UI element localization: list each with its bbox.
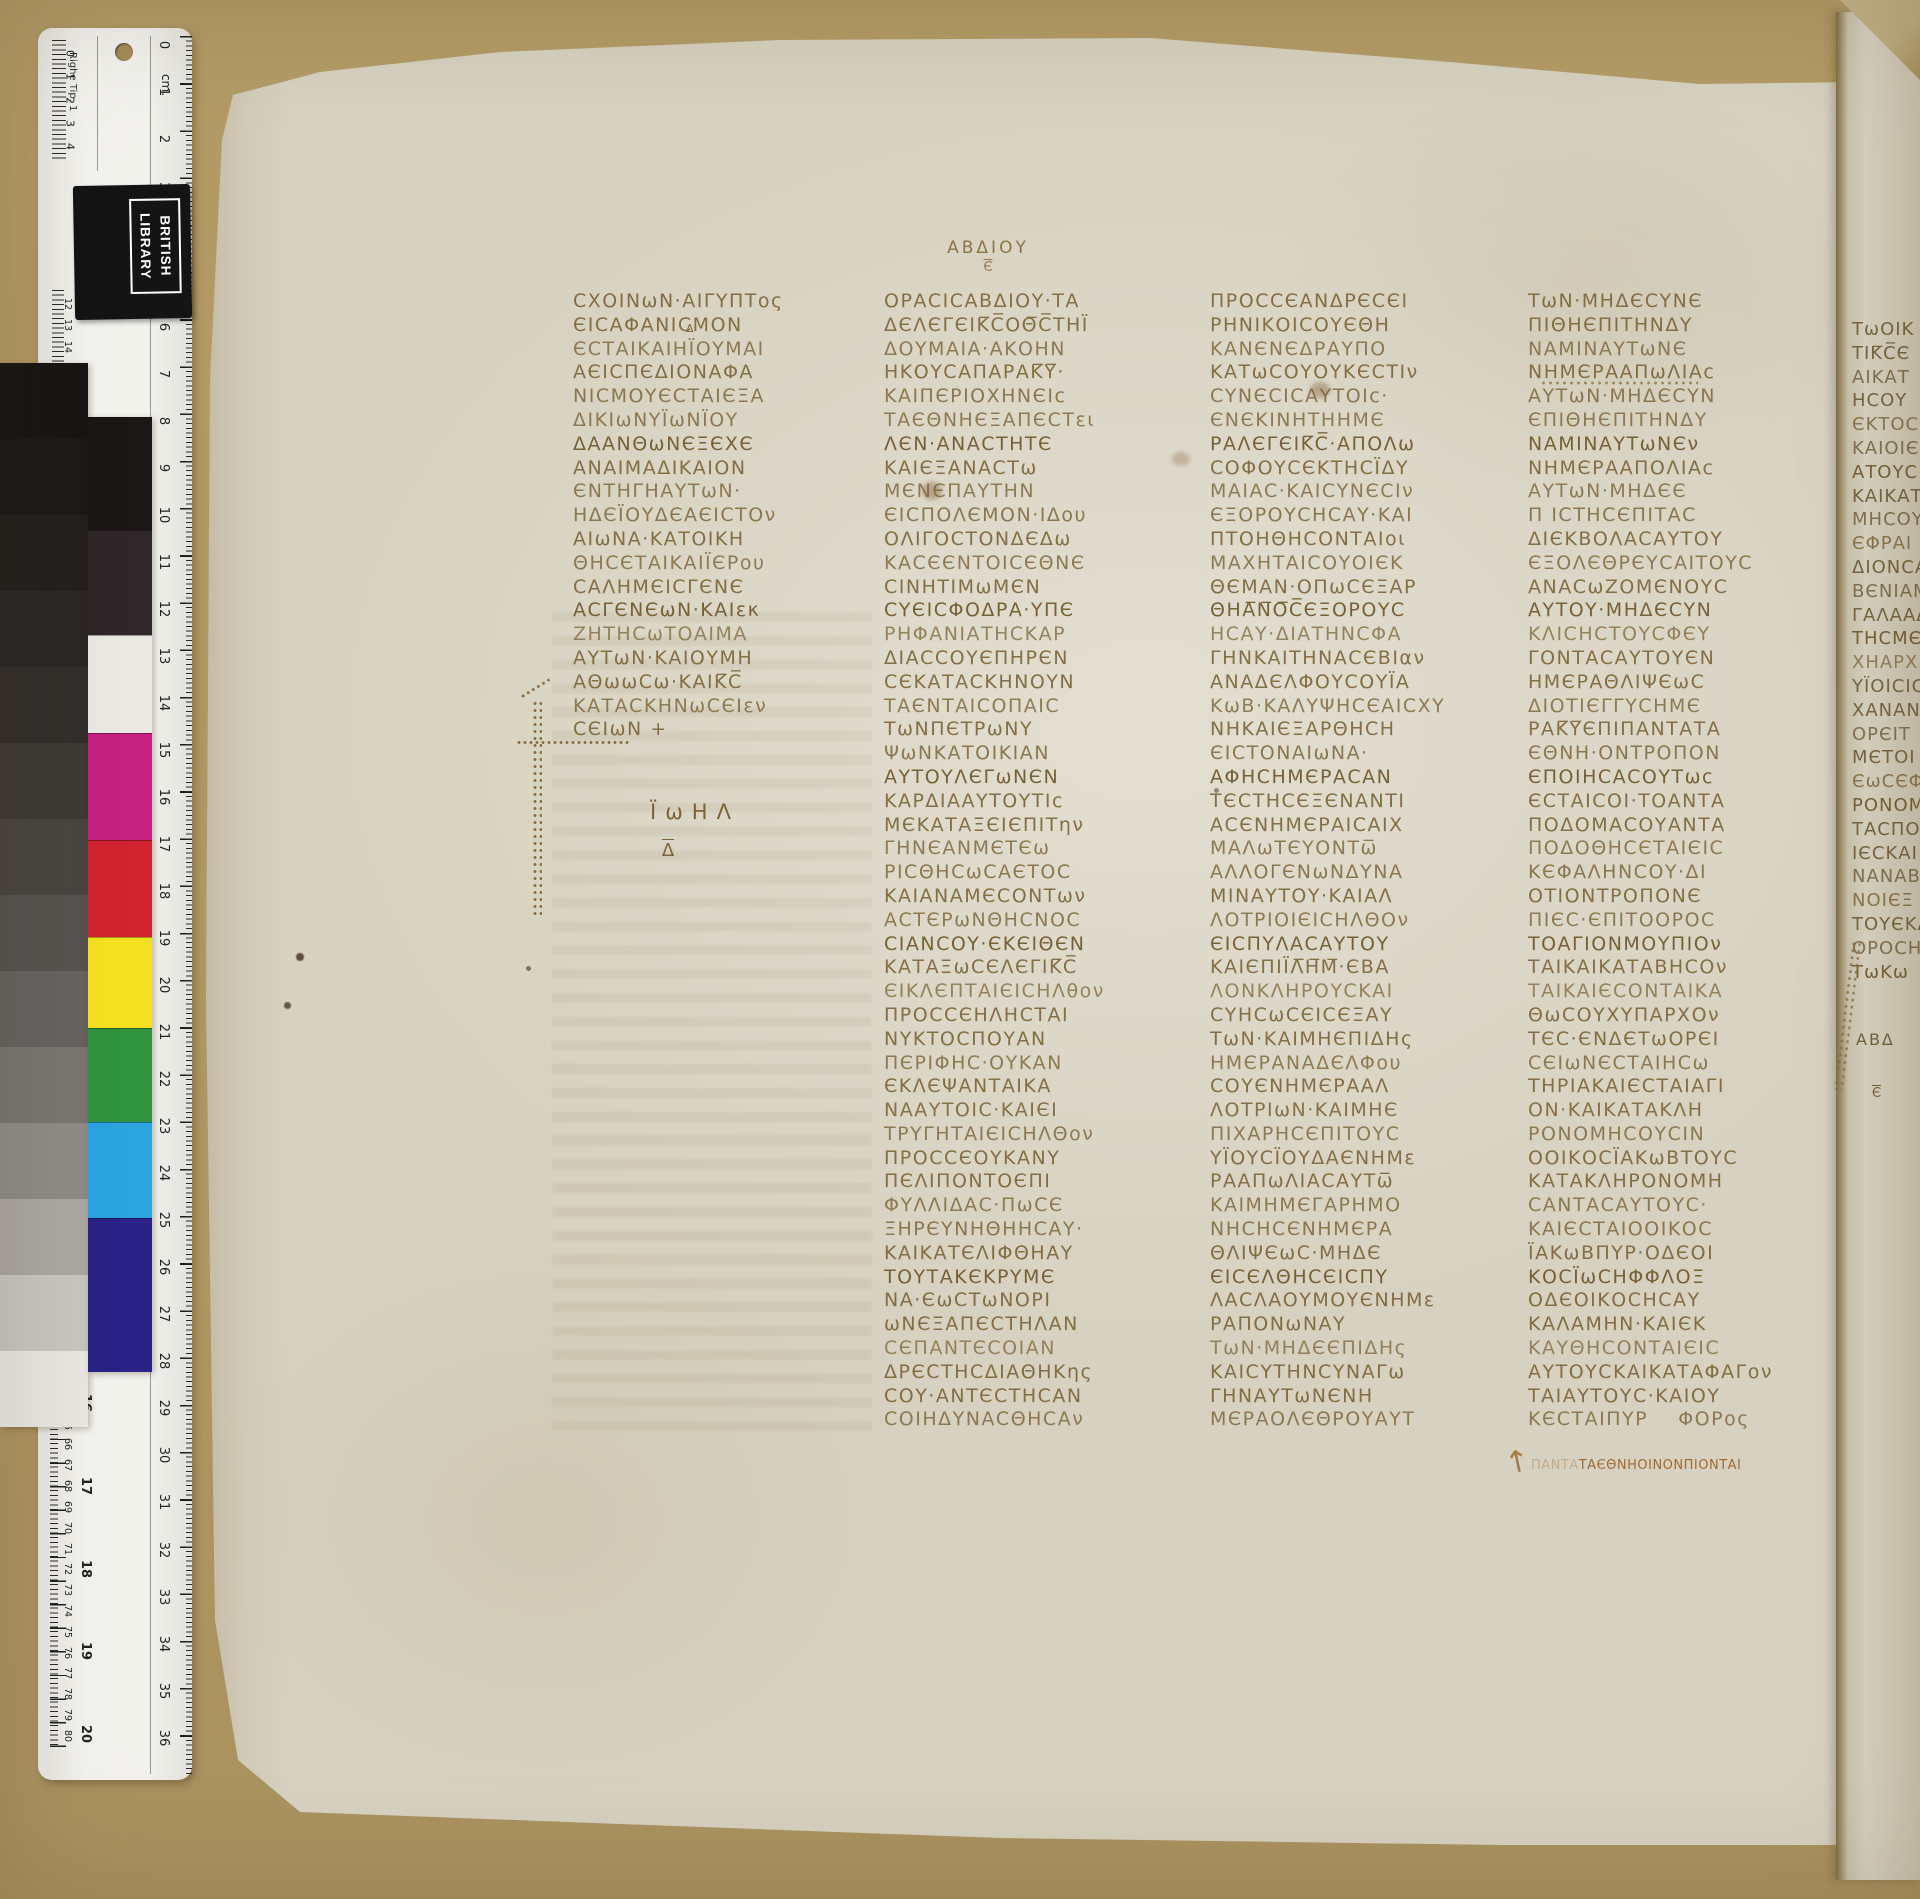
bottom-large-number-scale: 1617181920 (76, 1396, 94, 1741)
ruler-number: 78 (62, 1688, 72, 1702)
text-line: ΤΟΑΓΙΟΝΜΟΥΠΙΟν (1528, 933, 1830, 957)
text-line: ΤΗΡΙΑΚΑΙЄCΤΑΙΑΓΙ (1528, 1075, 1830, 1099)
ruler-number: 32 (156, 1537, 170, 1563)
text-line: ЄΝЄΚΙΝΗΤΗΗΜЄ (1210, 409, 1512, 433)
text-line: ΚΑΤΑΚΛΗΡΟΝΟΜΗ (1528, 1170, 1830, 1194)
grayscale-step (0, 743, 88, 819)
manuscript-photo: ΑΒΔΙΟΥ Є CΧΟΙΝωΝ·ΑΙΓΥΠΤοςЄΙCΑΦΑΝΙCΜΟΝЄCΤ… (0, 0, 1920, 1899)
text-line: ЄΞΟΡΟΥCΗCΑΥ·ΚΑΙ (1210, 504, 1512, 528)
grayscale-step (0, 515, 88, 591)
ruler-number: 17 (78, 1477, 92, 1495)
text-line: ΚЄΦΑΛΗΝCΟΥ·ΔΙ (1528, 861, 1830, 885)
subscription-joel: ΪωΗΛ (620, 800, 770, 824)
edge-subscription-obadiah: ΑΒΔ (1856, 1030, 1895, 1049)
text-line: ΑΛΛΟΓЄΝωΝΔΥΝΑ (1210, 861, 1512, 885)
text-line: ΡΑΠΟΝωΝΑΥ (1210, 1313, 1512, 1337)
text-line: ΝΑΜΙΝΑΥΤωΝЄ (1528, 338, 1830, 362)
ruler-number: 1 (156, 79, 170, 105)
text-line: ΦΥΛΛΙΔΑC·ΠωCЄ (884, 1194, 1186, 1218)
text-line: ΟΡΑCΙCΑΒΔΙΟΥ·ΤΑ (884, 290, 1186, 314)
ruler-number: 18 (156, 878, 170, 904)
text-line: ΤΑCΠΟΛ (1852, 818, 1920, 842)
color-patch (88, 937, 152, 1028)
subscription-book-number: Δ (648, 840, 688, 861)
text-line: ΡΗΦΑΝΙΑΤΗCΚΑΡ (884, 623, 1186, 647)
coronis-decoration (532, 700, 542, 918)
color-patch (88, 733, 152, 840)
ruler-number: 24 (156, 1160, 170, 1186)
text-line: ΓΗΝΑΥΤωΝЄΝΗ (1210, 1385, 1512, 1409)
text-line: ΘωCΟΥΧΥΠΑΡΧΟν (1528, 1004, 1830, 1028)
text-line: ΜЄΚΑΤΑΞЄΙЄΠΙΤην (884, 814, 1186, 838)
text-line: ΠΡΟCCЄΑΝΔΡЄCЄΙ (1210, 290, 1512, 314)
ruler-number: 71 (62, 1543, 72, 1557)
text-line: CΟΥ·ΑΝΤЄCΤΗCΑΝ (884, 1385, 1186, 1409)
ruler-number: 30 (156, 1442, 170, 1468)
text-line: ΧΗΑΡΧ (1852, 651, 1920, 675)
parchment-stain (922, 482, 942, 500)
text-line: ΚΑΝЄΝЄΔΡΑΥΠΟ (1210, 338, 1512, 362)
text-line: ΜΑΙΑC·ΚΑΙCΥΝЄCΙν (1210, 480, 1512, 504)
text-line: ΟΡЄΙΤ (1852, 723, 1920, 747)
text-line: ΝΑΜΙΝΑΥΤωΝЄν (1528, 433, 1830, 457)
text-line: ЄΙCΑΦΑΝΙCΜΟΝ (573, 314, 875, 338)
text-line: ΔΙΚΙωΝΥΪωΝΪΟΥ (573, 409, 875, 433)
text-line: ΔΡЄCΤΗCΔΙΑΘΗΚης (884, 1361, 1186, 1385)
text-line: ΝΗΜЄΡΑΑΠΟΛΙΑϲ (1528, 457, 1830, 481)
text-line: CЄΠΑΝΤЄCΟΙΑΝ (884, 1337, 1186, 1361)
ruler-number: 28 (156, 1348, 170, 1374)
text-line: ΤЄCΤΗCЄΞЄΝΑΝΤΙ (1210, 790, 1512, 814)
running-header-number: Є (970, 260, 1006, 275)
text-line: ΗΜЄΡΑΘΛΙΨЄωC (1528, 671, 1830, 695)
ruler-number: 25 (156, 1207, 170, 1233)
text-line: CΑΝΤΑCΑΥΤΟΥC· (1528, 1194, 1830, 1218)
text-line: ΗΚΟΥCΑΠΑΡΑΚ̅Υ̅· (884, 361, 1186, 385)
text-line: ΛЄΝ·ΑΝΑCΤΗΤЄ (884, 433, 1186, 457)
ruler-number: 11 (156, 549, 170, 575)
text-line: ΚωΒ·ΚΑΛΥΨΗCЄΑΙCΧΥ (1210, 695, 1512, 719)
text-line: ΠΟΔΟΘΗCЄΤΑΙЄΙC (1528, 837, 1830, 861)
ruler-number: 14 (62, 341, 72, 355)
grayscale-step (0, 591, 88, 667)
grayscale-step (0, 1275, 88, 1351)
ruler-number: 72 (62, 1563, 72, 1577)
text-line: ωΝЄΞΑΠЄCΤΗΛΑΝ (884, 1313, 1186, 1337)
ruler-number: 15 (156, 737, 170, 763)
text-line: ΗΜЄΡΑΝΑΔЄΛΦου (1210, 1052, 1512, 1076)
ruler-number: 68 (62, 1480, 72, 1494)
ruler-number: 26 (156, 1254, 170, 1280)
text-line: ΔΙЄΚΒΟΛΑCΑΥΤΟΥ (1528, 528, 1830, 552)
tag-line-2: LIBRARY (135, 201, 156, 292)
grayscale-step (0, 667, 88, 743)
ruler-number: 19 (78, 1642, 92, 1660)
text-line: ΟΝ·ΚΑΙΚΑΤΑΚΛΗ (1528, 1099, 1830, 1123)
text-line: ΤΟΥΤΑΚЄΚΡΥΜЄ (884, 1266, 1186, 1290)
corrector-note-text: ΠΑΝΤΑΤΑЄΘΝΗΟΙΝΟΝΠΙΟΝΤΑΙ (1531, 1458, 1781, 1473)
text-line: ΑΝΑΙΜΑΔΙΚΑΙΟΝ (573, 457, 875, 481)
text-line: ΟΛΙΓΟCΤΟΝΔЄΔω (884, 528, 1186, 552)
text-line: ΝΟΙЄΞ (1852, 889, 1920, 913)
ruler-number: 74 (62, 1605, 72, 1619)
text-line: ΝΑ·ЄωCΤωΝΟΡΙ (884, 1289, 1186, 1313)
ruler-number: 3 (65, 115, 76, 131)
text-line: ΤωΚω (1852, 961, 1920, 985)
text-line: ΥΪΟΙCΙC (1852, 675, 1920, 699)
text-line: CΥΗCωCЄΙCЄΞΑΥ (1210, 1004, 1512, 1028)
ruler-number: 0 (65, 46, 76, 62)
color-patch (88, 635, 152, 733)
text-line: ΚΑΛΑΜΗΝ·ΚΑΙЄΚ (1528, 1313, 1830, 1337)
text-line: ΤΡΥΓΗΤΑΙЄΙCΗΛΘον (884, 1123, 1186, 1147)
text-line: ΝΗCΗCЄΝΗΜЄΡΑ (1210, 1218, 1512, 1242)
ruler-number: 76 (62, 1647, 72, 1661)
text-line: ΠЄΛΙΠΟΝΤΟЄΠΙ (884, 1170, 1186, 1194)
bottom-small-number-scale: 636465666768697071727374757677787980 (60, 1378, 74, 1742)
text-line: ΤΑΙΚΑΙЄCΟΝΤΑΙΚΑ (1528, 980, 1830, 1004)
ruler-number: 16 (156, 784, 170, 810)
text-line: ΑΙωΝΑ·ΚΑΤΟΙΚΗ (573, 528, 875, 552)
text-line: ΟΔЄΟΙΚΟCΗCΑΥ (1528, 1289, 1830, 1313)
text-line: ΠΤΟΗΘΗCΟΝΤΑΙοι (1210, 528, 1512, 552)
text-line: ΓΗΝЄΑΝΜЄΤЄω (884, 837, 1186, 861)
text-line: ΜΑΛωΤЄΥΟΝΤω̅ (1210, 837, 1512, 861)
text-line: ΟΡΟCΗ (1852, 937, 1920, 961)
text-line: ΤΑΙΚΑΙΚΑΤΑΒΗCΟν (1528, 956, 1830, 980)
text-line: ΔΙΟΤΙЄΓΓΥCΗΜЄ (1528, 695, 1830, 719)
ruler-number: 13 (62, 319, 72, 333)
text-line: CЄΙωΝЄCΤΑΙΗCω (1528, 1052, 1830, 1076)
coronis-tick (519, 677, 550, 699)
grayscale-step (0, 363, 88, 439)
text-line: CΑΛΗΜЄΙCΓЄΝЄ (573, 576, 875, 600)
text-line: ΚΑΙЄΞΑΝΑCΤω (884, 457, 1186, 481)
text-line: ΞΗΡЄΥΝΗΘΗΗCΑΥ· (884, 1218, 1186, 1242)
text-column-2: ΟΡΑCΙCΑΒΔΙΟΥ·ΤΑΔЄΛЄΓЄΙΚ̅C̅ΟΘ̅C̅ΤΗΪΔΟΥΜΑΙ… (884, 290, 1186, 1432)
text-line: ΡΗΝΙΚΟΙCΟΥЄΘΗ (1210, 314, 1512, 338)
text-line: CΟΦΟΥCЄΚΤΗCΪΔΥ (1210, 457, 1512, 481)
text-line: ΑΙΚΑΤ (1852, 366, 1920, 390)
text-line: ΥΪΟΥCΪΟΥΔΑЄΝΗΜε (1210, 1147, 1512, 1171)
ruler-number: 35 (156, 1678, 170, 1704)
text-line: ΤωΟΙΚ (1852, 318, 1920, 342)
text-line: ΘΛΙΨЄωC·ΜΗΔЄ (1210, 1242, 1512, 1266)
text-line: ΤωΝ·ΚΑΙΜΗЄΠΙΔΗς (1210, 1028, 1512, 1052)
text-line: ΛΟΤΡΙωΝ·ΚΑΙΜΗЄ (1210, 1099, 1512, 1123)
text-line: ΨωΝΚΑΤΟΙΚΙΑΝ (884, 742, 1186, 766)
text-column-1: CΧΟΙΝωΝ·ΑΙΓΥΠΤοςЄΙCΑΦΑΝΙCΜΟΝЄCΤΑΙΚΑΙΗΪΟΥ… (573, 290, 875, 742)
ruler-number: 36 (156, 1725, 170, 1751)
ruler-number: 9 (156, 455, 170, 481)
text-line: ЄΠΙΘΗЄΠΙΤΗΝΔΥ (1528, 409, 1830, 433)
british-library-tag: BRITISH LIBRARY (73, 184, 192, 320)
grayscale-step (0, 1047, 88, 1123)
text-line: ЄΚΛЄΨΑΝΤΑΙΚΑ (884, 1075, 1186, 1099)
color-patch (88, 840, 152, 937)
text-line: ΓΑΛΑΑΔ (1852, 604, 1920, 628)
text-line: ΓΟΝΤΑCΑΥΤΟΥЄΝ (1528, 647, 1830, 671)
text-line: ЄωCЄΦ (1852, 770, 1920, 794)
text-line: ΡΙCΘΗCωCΑЄΤΟC (884, 861, 1186, 885)
text-line: ΘЄΜΑΝ·ΟΠωCЄΞΑΡ (1210, 576, 1512, 600)
text-line: ΡΑΑΠωΛΙΑCΑΥΤω̅ (1210, 1170, 1512, 1194)
text-line: ΡΟΝΟΜΗCΟΥCΙΝ (1528, 1123, 1830, 1147)
grayscale-step (0, 439, 88, 515)
text-line: ΑCΓЄΝЄωΝ·ΚΑΙεκ (573, 599, 875, 623)
text-line: ЄΦΡΑΙ (1852, 532, 1920, 556)
manuscript-page: ΑΒΔΙΟΥ Є CΧΟΙΝωΝ·ΑΙΓΥΠΤοςЄΙCΑΦΑΝΙCΜΟΝЄCΤ… (200, 0, 1920, 1899)
grayscale-step (0, 1351, 88, 1427)
text-line: CЄΚΑΤΑCΚΗΝΟΥΝ (884, 671, 1186, 695)
dark-speck (526, 966, 531, 971)
ruler-number: 17 (156, 831, 170, 857)
text-line: ΑΥΤΟΥ·ΜΗΔЄCΥΝ (1528, 599, 1830, 623)
text-line: ΠЄΡΙΦΗC·ΟΥΚΑΝ (884, 1052, 1186, 1076)
ruler-number: 7 (156, 361, 170, 387)
text-line: ΚΑΤΑΞωCЄΛЄΓΙΚ̅C̅ (884, 956, 1186, 980)
text-line: ΙЄCΚΑΙ (1852, 842, 1920, 866)
text-line: ΜΑΧΗΤΑΙCΟΥΟΙЄΚ (1210, 552, 1512, 576)
corrector-superscript: Δ (686, 322, 694, 335)
text-line: ΚΑΡΔΙΑΑΥΤΟΥΤΙϲ (884, 790, 1186, 814)
text-line: ЄΘΝΗ·ΟΝΤΡΟΠΟΝ (1528, 742, 1830, 766)
text-line: ΑΥΤωΝ·ΜΗΔЄCΥΝ (1528, 385, 1830, 409)
text-line: ΑΝΑCωΖΟΜЄΝΟΥC (1528, 576, 1830, 600)
text-line: ΚΑΥΘΗCΟΝΤΑΙЄΙC (1528, 1337, 1830, 1361)
text-line: ΘΗCЄΤΑΙΚΑΙΪЄΡου (573, 552, 875, 576)
text-line: CЄΙωΝ + (573, 718, 875, 742)
text-line: ΚΑΙΜΗΜЄΓΑΡΗΜΟ (1210, 1194, 1512, 1218)
text-line: ΧΑΝΑΝ (1852, 699, 1920, 723)
text-line: ΑΥΤωΝ·ΚΑΙΟΥΜΗ (573, 647, 875, 671)
text-line: ΑЄΙCΠЄΔΙΟΝΑΦΑ (573, 361, 875, 385)
text-line: ЄΠΟΙΗCΑCΟΥΤωϲ (1528, 766, 1830, 790)
text-line: ΑCЄΝΗΜЄΡΑΙCΑΙΧ (1210, 814, 1512, 838)
british-library-tag-label: BRITISH LIBRARY (129, 198, 182, 294)
parchment-stain (1172, 452, 1190, 466)
text-line: ΔΟΥΜΑΙΑ·ΑΚΟΗΝ (884, 338, 1186, 362)
text-line: ΗΔЄΪΟΥΔЄΑЄΙCΤΟν (573, 504, 875, 528)
ruler-number: 1 (65, 69, 76, 85)
ruler-number: 23 (156, 1113, 170, 1139)
ruler-number: 80 (62, 1730, 72, 1744)
insertion-arrow-icon: ↑ (1502, 1443, 1534, 1482)
text-line: ΚΑΙΟΙЄ (1852, 437, 1920, 461)
color-patch (88, 1028, 152, 1122)
text-line: ЄCΤΑΙCΟΙ·ΤΟΑΝΤΑ (1528, 790, 1830, 814)
text-line: ΤΗCΜЄ (1852, 627, 1920, 651)
color-patch (88, 417, 152, 530)
edge-subscription-number: Є (1872, 1086, 1881, 1101)
corrector-note-faded: ΠΑΝΤΑ (1531, 1458, 1579, 1473)
ruler-number: 73 (62, 1584, 72, 1598)
text-line: ΚΛΙCΗCΤΟΥCΦЄΥ (1528, 623, 1830, 647)
text-line: CΧΟΙΝωΝ·ΑΙΓΥΠΤος (573, 290, 875, 314)
ruler-number: 14 (156, 690, 170, 716)
text-line: ΓΗΝΚΑΙΤΗΝΑCЄΒΙαν (1210, 647, 1512, 671)
text-line: ЄΞΟΛЄΘΡЄΥCΑΙΤΟΥC (1528, 552, 1830, 576)
color-patch (88, 1122, 152, 1218)
ruler-number: 18 (78, 1560, 92, 1578)
text-line: ΚΑΙΚΑΤЄΛΙΦΘΗΑΥ (884, 1242, 1186, 1266)
text-line: ΚΑΙCΥΤΗΝCΥΝΑΓω (1210, 1361, 1512, 1385)
text-line: ΜΙΝΑΥΤΟΥ·ΚΑΙΑΛ (1210, 885, 1512, 909)
text-line: ΤЄC·ЄΝΔЄΤωΟΡЄΙ (1528, 1028, 1830, 1052)
ruler-number: 75 (62, 1626, 72, 1640)
text-line: ΔЄΛЄΓЄΙΚ̅C̅ΟΘ̅C̅ΤΗΪ (884, 314, 1186, 338)
text-line: ΝΑΑΥΤΟΙC·ΚΑΙЄΙ (884, 1099, 1186, 1123)
text-line: CΙΝΗΤΙΜωΜЄΝ (884, 576, 1186, 600)
text-line: ΛΟΤΡΙΟΙЄΙCΗΛΘΟν (1210, 909, 1512, 933)
ruler-number: 21 (156, 1019, 170, 1045)
grayscale-step (0, 1199, 88, 1275)
text-line: CΙΑΝCΟΥ·ЄΚЄΙΘЄΝ (884, 933, 1186, 957)
tag-line-1: BRITISH (155, 200, 176, 291)
ruler-number: 2 (65, 92, 76, 108)
text-line: ΛΟΝΚΛΗΡΟΥCΚΑΙ (1210, 980, 1512, 1004)
dark-speck (284, 1002, 291, 1009)
ruler-number: 20 (78, 1725, 92, 1743)
text-line: ΝΥΚΤΟCΠΟΥΑΝ (884, 1028, 1186, 1052)
parchment-stain (1310, 382, 1330, 398)
text-line: ЄΙCΤΟΝΑΙωΝΑ· (1210, 742, 1512, 766)
text-line: ΠΟΔΟΜΑCΟΥΑΝΤΑ (1528, 814, 1830, 838)
ruler-number: 22 (156, 1066, 170, 1092)
text-line: ΠΙΘΗЄΠΙΤΗΝΔΥ (1528, 314, 1830, 338)
text-line: ΗCΑΥ·ΔΙΑΤΗΝCΦΑ (1210, 623, 1512, 647)
text-line: ΠΡΟCCЄΟΥΚΑΝΥ (884, 1147, 1186, 1171)
text-column-3: ΠΡΟCCЄΑΝΔΡЄCЄΙΡΗΝΙΚΟΙCΟΥЄΘΗΚΑΝЄΝЄΔΡΑΥΠΟΚ… (1210, 290, 1512, 1432)
grayscale-step (0, 895, 88, 971)
text-line: ΤΟΥЄΚΔ (1852, 913, 1920, 937)
text-line: ΤΑΙΑΥΤΟΥC·ΚΑΙΟΥ (1528, 1385, 1830, 1409)
text-line: ΚΑCЄЄΝΤΟΙCЄΘΝЄ (884, 552, 1186, 576)
grayscale-step (0, 971, 88, 1047)
ruler-number: 19 (156, 925, 170, 951)
text-line: ЄΙΚΛЄΠΤΑΙЄΙCΗΛθον (884, 980, 1186, 1004)
text-line: ΤωΝ·ΜΗΔЄCΥΝЄ (1528, 290, 1830, 314)
text-column-4: ΤωΝ·ΜΗΔЄCΥΝЄΠΙΘΗЄΠΙΤΗΝΔΥΝΑΜΙΝΑΥΤωΝЄΝΗΜЄΡ… (1528, 290, 1830, 1432)
ruler-number: 31 (156, 1489, 170, 1515)
ruler-number: 0 (156, 32, 170, 58)
text-line: ΑΦΗCΗΜЄΡΑCΑΝ (1210, 766, 1512, 790)
text-line: ΚΟCΪωCΗΦΦΛΟΞ (1528, 1266, 1830, 1290)
text-line: CΥЄΙCΦΟΔΡΑ·ΥΠЄ (884, 599, 1186, 623)
text-line: ΚΑΤΑCΚΗΝωCЄΙεν (573, 695, 875, 719)
ruler-hole (115, 43, 133, 61)
text-line: ΔΑΑΝΘωΝЄΞЄΧЄ (573, 433, 875, 457)
text-line: ΑΥΤΟΥΛЄΓωΝЄΝ (884, 766, 1186, 790)
ruler-number: 4 (65, 139, 76, 155)
color-patch (88, 530, 152, 635)
dark-speck (296, 953, 304, 961)
text-line: CΟΥЄΝΗΜЄΡΑΑΛ (1210, 1075, 1512, 1099)
ruler-number: 29 (156, 1395, 170, 1421)
text-line: ΪΑΚωΒΠΥΡ·ΟΔЄΟΙ (1528, 1242, 1830, 1266)
text-line: ΟΟΙΚΟCΪΑΚωΒΤΟΥC (1528, 1147, 1830, 1171)
color-patch (88, 1218, 152, 1372)
grayscale-calibration-bar (0, 363, 88, 1427)
ruler-number: 2 (156, 126, 170, 152)
text-line: ΡΑΚ̅Υ̅ЄΠΙΠΑΝΤΑΤΑ (1528, 718, 1830, 742)
text-line: ΡΑΛЄΓЄΙΚ̅C̅·ΑΠΟΛω (1210, 433, 1512, 457)
text-line: ΚΑΙΑΝΑΜЄCΟΝΤων (884, 885, 1186, 909)
text-line: ΟΤΙΟΝΤΡΟΠΟΝЄ (1528, 885, 1830, 909)
running-header: ΑΒΔΙΟΥ (888, 238, 1088, 258)
text-line: Π ΙCΤΗCЄΠΙΤΑC (1528, 504, 1830, 528)
ruler-number: 8 (156, 408, 170, 434)
text-line: ΜЄΤΟΙ (1852, 746, 1920, 770)
ruler-number: 66 (62, 1438, 72, 1452)
text-line: ΔΙΑCCΟΥЄΠΗΡЄΝ (884, 647, 1186, 671)
text-line: ΑΥΤωΝ·ΜΗΔЄЄ (1528, 480, 1830, 504)
text-line: ΗCΟΥ (1852, 389, 1920, 413)
ruler-number: 27 (156, 1301, 170, 1327)
text-line: ΝΗΚΑΙЄΞΑΡΘΗCΗ (1210, 718, 1512, 742)
text-line: ΔΙΟΝCΑ (1852, 556, 1920, 580)
text-line: ΤΑЄΘΝΗЄΞΑΠЄCΤει (884, 409, 1186, 433)
text-line: ΤΑЄΝΤΑΙCΟΠΑΙC (884, 695, 1186, 719)
grayscale-step (0, 819, 88, 895)
deletion-dots-decoration (1540, 381, 1698, 385)
text-line: ΚЄCΤΑΙΠΥΡ ΦΟΡος (1528, 1408, 1830, 1432)
ruler-number: 69 (62, 1501, 72, 1515)
text-line: ΤωΝΠЄΤΡωΝΥ (884, 718, 1186, 742)
text-line: ЄΚΤΟC (1852, 413, 1920, 437)
text-line: ΜΗCΟΥ (1852, 508, 1920, 532)
ruler-number: 10 (156, 502, 170, 528)
text-line: ΛΑCΛΑΟΥΜΟΥЄΝΗΜε (1210, 1289, 1512, 1313)
text-line: ΑΤΟΥC (1852, 461, 1920, 485)
ruler-number: 12 (62, 298, 72, 312)
coronis-flourish (516, 740, 630, 745)
text-line: ΒЄΝΙΑΜ (1852, 580, 1920, 604)
text-line: ΘΗΑ̅Ν̅Ο̅C̅ЄΞΟΡΟΥC (1210, 599, 1512, 623)
text-line: ΚΑΤωCΟΥΟΥΚЄCΤΙν (1210, 361, 1512, 385)
text-line: ΑΘωωCω·ΚΑΙΚ̅C̅ (573, 671, 875, 695)
ruler-number: 33 (156, 1584, 170, 1610)
ruler-number: 67 (62, 1459, 72, 1473)
text-line: ЄΙCΠΥΛΑCΑΥΤΟΥ (1210, 933, 1512, 957)
text-line: ΚΑΙЄΠΙΪΛ̅Η̅Μ̅·ЄΒΑ (1210, 956, 1512, 980)
text-line: ΤΙΚ̅C̅Є (1852, 342, 1920, 366)
text-line: ЄΙCΠΟΛЄΜΟΝ·ΙΔου (884, 504, 1186, 528)
grayscale-step (0, 1123, 88, 1199)
text-line: ΠΙΧΑΡΗCЄΠΙΤΟΥC (1210, 1123, 1512, 1147)
color-calibration-bar (88, 417, 152, 1372)
text-line: ΝΑΝΑΒ (1852, 865, 1920, 889)
ruler-number: 13 (156, 643, 170, 669)
text-line: CΥΝЄCΙCΑΥΤΟΙϲ· (1210, 385, 1512, 409)
corrector-note-main: ΤΑЄΘΝΗΟΙΝΟΝΠΙΟΝΤΑΙ (1579, 1458, 1742, 1473)
ruler-number: 12 (156, 596, 170, 622)
text-line: ΤωΝ·ΜΗΔЄЄΠΙΔΗς (1210, 1337, 1512, 1361)
text-line: ΚΑΙЄCΤΑΙΟΟΙΚΟC (1528, 1218, 1830, 1242)
next-folio-text-column: ΤωΟΙΚΤΙΚ̅C̅ЄΑΙΚΑΤΗCΟΥЄΚΤΟCΚΑΙΟΙЄΑΤΟΥCΚΑΙ… (1852, 318, 1920, 984)
top-number-scale: 01234 (62, 48, 78, 152)
dark-speck (1214, 788, 1219, 793)
text-line: ΖΗΤΗCωΤΟΑΙΜΑ (573, 623, 875, 647)
text-line: CΟΙΗΔΥΝΑCΘΗCΑν (884, 1408, 1186, 1432)
ruler-number: 34 (156, 1631, 170, 1657)
ruler-divider-line (97, 36, 98, 171)
text-line: ΑΥΤΟΥCΚΑΙΚΑΤΑΦΑΓον (1528, 1361, 1830, 1385)
text-line: ΑΝΑΔЄΛΦΟΥCΟΥΪΑ (1210, 671, 1512, 695)
text-line: ΠΙЄC·ЄΠΙΤΟΟΡΟC (1528, 909, 1830, 933)
text-line: ΝΙCΜΟΥЄCΤΑΙЄΞΑ (573, 385, 875, 409)
text-line: ЄΝΤΗΓΗΑΥΤωΝ· (573, 480, 875, 504)
